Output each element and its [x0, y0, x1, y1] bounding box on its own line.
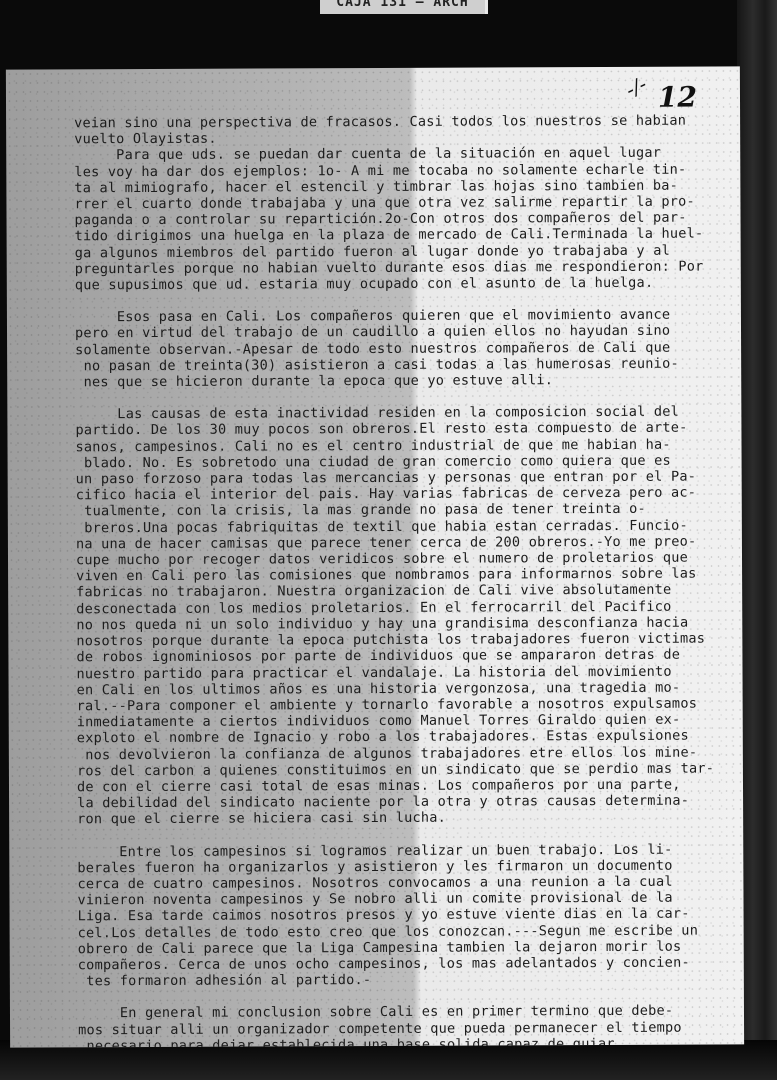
text-line: no pasan de treinta(30) asistieron a cas… [75, 355, 735, 374]
paragraph: veian sino una perspectiva de fracasos. … [74, 112, 735, 293]
paragraph: Esos pasa en Cali. Los compañeros quiere… [75, 307, 735, 391]
text-line: mos situar alli un organizador competent… [78, 1019, 738, 1038]
archive-label: CAJA 131 — ARCH [320, 0, 488, 14]
text-line: la debilidad del sindicato naciente por … [77, 793, 737, 812]
page-number: 12 [658, 81, 697, 114]
paragraph: Entre los campesinos si logramos realiza… [77, 841, 738, 990]
letter-body: veian sino una perspectiva de fracasos. … [74, 112, 738, 1047]
document-page: -/- 12 veian sino una perspectiva de fra… [6, 66, 744, 1047]
text-line: compañeros. Cerca de unos ocho campesino… [78, 954, 738, 973]
text-line: veian sino una perspectiva de fracasos. … [74, 112, 734, 131]
text-line: que supusimos que ud. estaria muy ocupad… [75, 274, 735, 293]
paragraph: En general mi conclusion sobre Cali es e… [78, 1003, 738, 1048]
paragraph: Las causas de esta inactividad residen e… [75, 404, 737, 828]
handwritten-mark: -/- [622, 72, 651, 102]
